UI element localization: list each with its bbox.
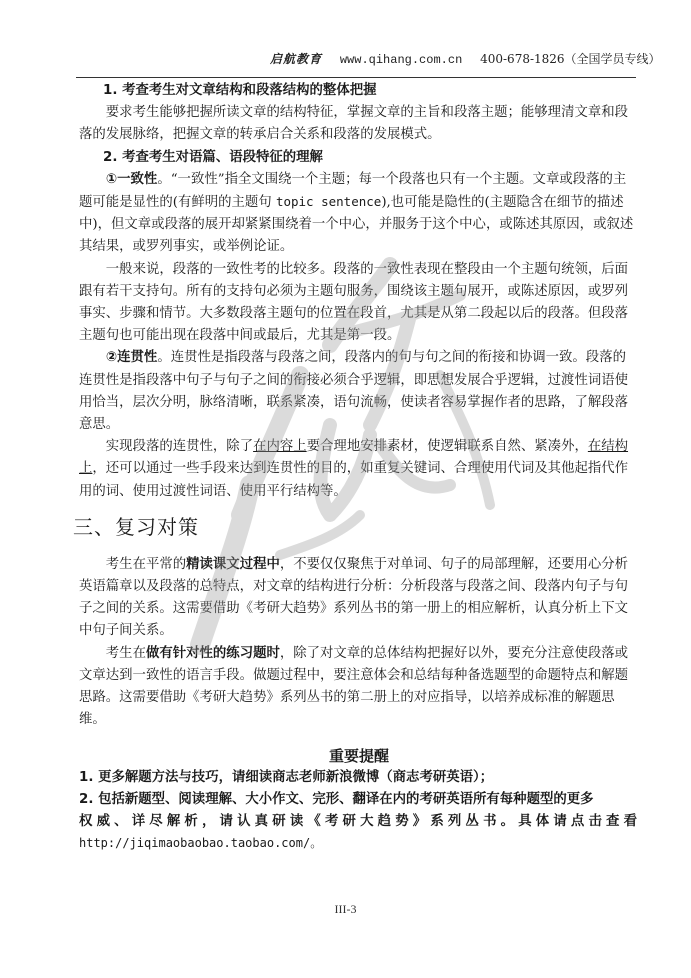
coherence-p2-text-b: 要合理地安排素材，使逻辑联系自然、紧凑外， — [307, 439, 588, 454]
page-header: 启航教育 www.qihang.com.cn 400-678-1826（全国学员… — [270, 50, 640, 67]
strategy-2-emphasis: 做有针对性的练习题时 — [146, 646, 280, 661]
header-phone: 400-678-1826（全国学员专线） — [480, 52, 660, 66]
page-number: III-3 — [0, 902, 691, 917]
consistency-paragraph-2: 一般来说，段落的一致性考的比较多。段落的一致性表现在整段由一个主题句统领，后面跟… — [79, 259, 639, 348]
section-3-heading: 三、复习对策 — [73, 512, 639, 542]
strategy-1-text-a: 考生在平常的 — [106, 557, 186, 572]
notice-link-line: http://jiqimaobaobao.taobao.com/。 — [79, 833, 639, 853]
notice-title: 重要提醒 — [79, 745, 639, 767]
brand-logo: 启航教育 — [270, 52, 322, 66]
coherence-paragraph: ②连贯性。连贯性是指段落与段落之间，段落内的句与句之间的衔接和协调一致。段落的连… — [79, 347, 639, 436]
notice-item-2-line-1: 2. 包括新题型、阅读理解、大小作文、完形、翻译在内的考研英语所有每种题型的更多 — [79, 789, 639, 811]
underlined-content: 在内容上 — [253, 439, 307, 454]
strategy-paragraph-1: 考生在平常的精读课文过程中，不要仅仅聚焦于对单词、句子的局部理解，还要用心分析英… — [79, 554, 639, 643]
header-divider — [76, 77, 636, 78]
coherence-p2-text-c: ，还可以通过一些手段来达到连贯性的目的，如重复关键词、合理使用代词及其他起指代作… — [79, 461, 628, 498]
coherence-paragraph-2: 实现段落的连贯性，除了在内容上要合理地安排素材，使逻辑联系自然、紧凑外，在结构上… — [79, 436, 639, 503]
link-suffix: 。 — [310, 836, 322, 850]
taobao-link[interactable]: http://jiqimaobaobao.taobao.com/ — [79, 836, 310, 850]
section-1-body: 要求考生能够把握所读文章的结构特征，掌握文章的主旨和段落主题；能够理清文章和段落… — [79, 102, 639, 146]
notice-item-2-line-2: 权威、详尽解析，请认真研读《考研大趋势》系列丛书。具体请点击查看 — [79, 811, 639, 833]
notice-item-1: 1. 更多解题方法与技巧，请细读商志老师新浪微博（商志考研英语）； — [79, 767, 639, 789]
section-1-heading: 1. 考查考生对文章结构和段落结构的整体把握 — [79, 80, 639, 102]
coherence-p2-text-a: 实现段落的连贯性，除了 — [106, 439, 253, 454]
coherence-label: ②连贯性 — [106, 350, 158, 365]
consistency-paragraph: ①一致性。“一致性”指全文围绕一个主题；每一个段落也只有一个主题。文章或段落的主… — [79, 169, 639, 259]
header-url[interactable]: www.qihang.com.cn — [340, 53, 462, 67]
topic-sentence-term: topic sentence — [276, 194, 381, 209]
section-2-heading: 2. 考查考生对语篇、语段特征的理解 — [79, 147, 639, 169]
consistency-label: ①一致性 — [106, 172, 158, 187]
strategy-1-emphasis: 精读课文过程中 — [186, 557, 280, 572]
strategy-2-text-a: 考生在 — [106, 646, 146, 661]
document-body: 1. 考查考生对文章结构和段落结构的整体把握 要求考生能够把握所读文章的结构特征… — [79, 80, 639, 853]
coherence-text: 。连贯性是指段落与段落之间，段落内的句与句之间的衔接和协调一致。段落的连贯性是指… — [79, 350, 628, 432]
strategy-paragraph-2: 考生在做有针对性的练习题时，除了对文章的总体结构把握好以外，要充分注意使段落或文… — [79, 643, 639, 732]
